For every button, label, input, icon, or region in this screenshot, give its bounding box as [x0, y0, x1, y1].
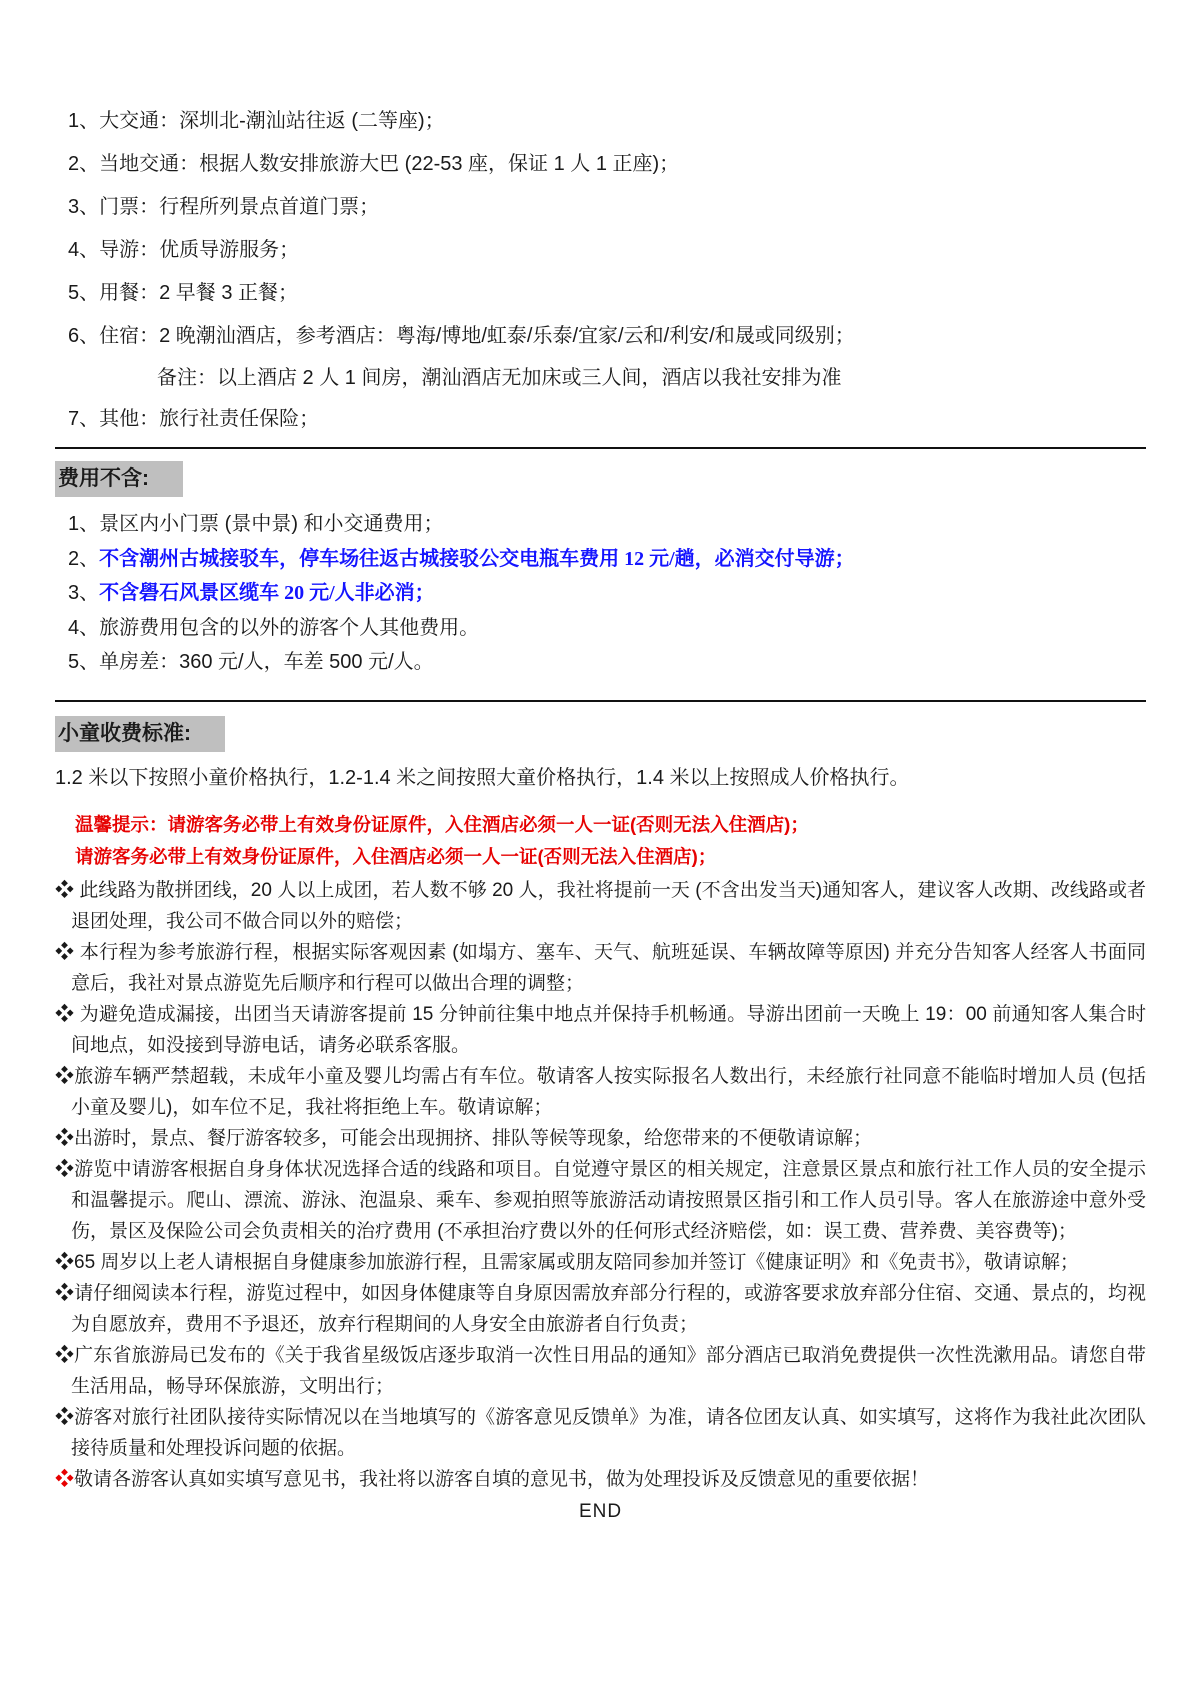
included-item-meals: 5、用餐：2 早餐 3 正餐； [55, 272, 1146, 315]
diamond-bullet-icon: ❖ [55, 880, 79, 901]
diamond-bullet-icon: ❖ [55, 942, 80, 963]
included-hotel-note: 备注：以上酒店 2 人 1 间房，潮汕酒店无加床或三人间，酒店以我社安排为准 [55, 358, 1146, 398]
included-item-tickets: 3、门票：行程所列景点首道门票； [55, 186, 1146, 229]
excluded-item-text: 单房差：360 元/人，车差 500 元/人。 [99, 651, 434, 673]
fees-included-section: 1、大交通：深圳北-潮汕站往返 (二等座)； 2、当地交通：根据人数安排旅游大巴… [55, 100, 1146, 441]
notice-item: ❖ 此线路为散拼团线，20 人以上成团，若人数不够 20 人，我社将提前一天 (… [55, 875, 1146, 937]
fees-excluded-section: 费用不含: 1、景区内小门票 (景中景) 和小交通费用； 2、不含潮州古城接驳车… [55, 461, 1146, 680]
included-item-transport: 1、大交通：深圳北-潮汕站往返 (二等座)； [55, 100, 1146, 143]
excluded-item-number: 5、 [68, 651, 99, 673]
diamond-bullet-icon: ❖ [55, 1407, 74, 1428]
diamond-bullet-icon: ❖ [55, 1252, 74, 1273]
excluded-item: 5、单房差：360 元/人，车差 500 元/人。 [55, 645, 1146, 680]
notice-text: 敬请各游客认真如实填写意见书，我社将以游客自填的意见书，做为处理投诉及反馈意见的… [74, 1469, 929, 1490]
notice-item: ❖游客对旅行社团队接待实际情况以在当地填写的《游客意见反馈单》为准，请各位团友认… [55, 1402, 1146, 1464]
notice-item: ❖广东省旅游局已发布的《关于我省星级饭店逐步取消一次性日用品的通知》部分酒店已取… [55, 1340, 1146, 1402]
excluded-item: 2、不含潮州古城接驳车，停车场往返古城接驳公交电瓶车费用 12 元/趟，必消交付… [55, 542, 1146, 577]
notice-item: ❖65 周岁以上老人请根据自身健康参加旅游行程，且需家属或朋友陪同参加并签订《健… [55, 1247, 1146, 1278]
section-divider [55, 447, 1146, 449]
notices-list: ❖ 此线路为散拼团线，20 人以上成团，若人数不够 20 人，我社将提前一天 (… [55, 875, 1146, 1495]
excluded-item-text: 旅游费用包含的以外的游客个人其他费用。 [99, 617, 479, 639]
notice-item: ❖请仔细阅读本行程，游览过程中，如因身体健康等自身原因需放弃部分行程的，或游客要… [55, 1278, 1146, 1340]
notice-item: ❖敬请各游客认真如实填写意见书，我社将以游客自填的意见书，做为处理投诉及反馈意见… [55, 1464, 1146, 1495]
excluded-item-text: 景区内小门票 (景中景) 和小交通费用； [99, 513, 443, 535]
fees-excluded-heading-label: 费用不含: [55, 461, 183, 497]
notice-item: ❖旅游车辆严禁超载，未成年小童及婴儿均需占有车位。敬请客人按实际报名人数出行，未… [55, 1061, 1146, 1123]
child-fee-policy: 1.2 米以下按照小童价格执行，1.2-1.4 米之间按照大童价格执行，1.4 … [55, 762, 1146, 795]
notice-text: 广东省旅游局已发布的《关于我省星级饭店逐步取消一次性日用品的通知》部分酒店已取消… [71, 1345, 1146, 1397]
diamond-bullet-icon: ❖ [55, 1469, 74, 1490]
end-marker: END [55, 1501, 1146, 1523]
excluded-item-number: 2、 [68, 548, 99, 570]
child-fee-heading: 小童收费标准: [55, 716, 1146, 752]
diamond-bullet-icon: ❖ [55, 1283, 74, 1304]
included-item-hotel: 6、住宿：2 晚潮汕酒店，参考酒店：粤海/博地/虹泰/乐泰/宜家/云和/利安/和… [55, 315, 1146, 358]
diamond-bullet-icon: ❖ [55, 1159, 74, 1180]
warm-tip-line-2: 请游客务必带上有效身份证原件，入住酒店必须一人一证(否则无法入住酒店)； [55, 841, 1146, 873]
diamond-bullet-icon: ❖ [55, 1345, 74, 1366]
warm-tip-line-1: 温馨提示：请游客务必带上有效身份证原件，入住酒店必须一人一证(否则无法入住酒店)… [55, 809, 1146, 841]
child-fee-section: 小童收费标准: 1.2 米以下按照小童价格执行，1.2-1.4 米之间按照大童价… [55, 716, 1146, 795]
included-item-guide: 4、导游：优质导游服务； [55, 229, 1146, 272]
notice-text: 旅游车辆严禁超载，未成年小童及婴儿均需占有车位。敬请客人按实际报名人数出行，未经… [71, 1066, 1146, 1118]
notice-item: ❖ 为避免造成漏接，出团当天请游客提前 15 分钟前往集中地点并保持手机畅通。导… [55, 999, 1146, 1061]
excluded-item-number: 4、 [68, 617, 99, 639]
notice-text: 本行程为参考旅游行程，根据实际客观因素 (如塌方、塞车、天气、航班延误、车辆故障… [71, 942, 1146, 994]
included-item-other: 7、其他：旅行社责任保险； [55, 398, 1146, 441]
excluded-item-number: 1、 [68, 513, 99, 535]
diamond-bullet-icon: ❖ [55, 1004, 80, 1025]
diamond-bullet-icon: ❖ [55, 1066, 74, 1087]
excluded-item: 1、景区内小门票 (景中景) 和小交通费用； [55, 507, 1146, 542]
notice-text: 为避免造成漏接，出团当天请游客提前 15 分钟前往集中地点并保持手机畅通。导游出… [71, 1004, 1146, 1056]
notice-text: 游客对旅行社团队接待实际情况以在当地填写的《游客意见反馈单》为准，请各位团友认真… [71, 1407, 1146, 1459]
diamond-bullet-icon: ❖ [55, 1128, 74, 1149]
notice-text: 出游时，景点、餐厅游客较多，可能会出现拥挤、排队等候等现象，给您带来的不便敬请谅… [74, 1128, 872, 1149]
child-fee-heading-label: 小童收费标准: [55, 716, 225, 752]
warm-tips: 温馨提示：请游客务必带上有效身份证原件，入住酒店必须一人一证(否则无法入住酒店)… [55, 809, 1146, 873]
excluded-item: 3、不含礐石风景区缆车 20 元/人非必消； [55, 576, 1146, 611]
notice-text: 游览中请游客根据自身身体状况选择合适的线路和项目。自觉遵守景区的相关规定，注意景… [71, 1159, 1146, 1242]
excluded-item-number: 3、 [68, 582, 99, 604]
notice-item: ❖ 本行程为参考旅游行程，根据实际客观因素 (如塌方、塞车、天气、航班延误、车辆… [55, 937, 1146, 999]
excluded-item-text: 不含礐石风景区缆车 20 元/人非必消； [99, 582, 435, 604]
notice-text: 请仔细阅读本行程，游览过程中，如因身体健康等自身原因需放弃部分行程的，或游客要求… [71, 1283, 1146, 1335]
excluded-item-text: 不含潮州古城接驳车，停车场往返古城接驳公交电瓶车费用 12 元/趟，必消交付导游… [99, 548, 855, 570]
section-divider [55, 700, 1146, 702]
notice-text: 此线路为散拼团线，20 人以上成团，若人数不够 20 人，我社将提前一天 (不含… [71, 880, 1146, 932]
notice-item: ❖游览中请游客根据自身身体状况选择合适的线路和项目。自觉遵守景区的相关规定，注意… [55, 1154, 1146, 1247]
fees-excluded-heading: 费用不含: [55, 461, 1146, 497]
notice-text: 65 周岁以上老人请根据自身健康参加旅游行程，且需家属或朋友陪同参加并签订《健康… [74, 1252, 1079, 1273]
notice-item: ❖出游时，景点、餐厅游客较多，可能会出现拥挤、排队等候等现象，给您带来的不便敬请… [55, 1123, 1146, 1154]
itinerary-document: 1、大交通：深圳北-潮汕站往返 (二等座)； 2、当地交通：根据人数安排旅游大巴… [0, 0, 1190, 1523]
excluded-item: 4、旅游费用包含的以外的游客个人其他费用。 [55, 611, 1146, 646]
included-item-local-transport: 2、当地交通：根据人数安排旅游大巴 (22-53 座，保证 1 人 1 正座)； [55, 143, 1146, 186]
